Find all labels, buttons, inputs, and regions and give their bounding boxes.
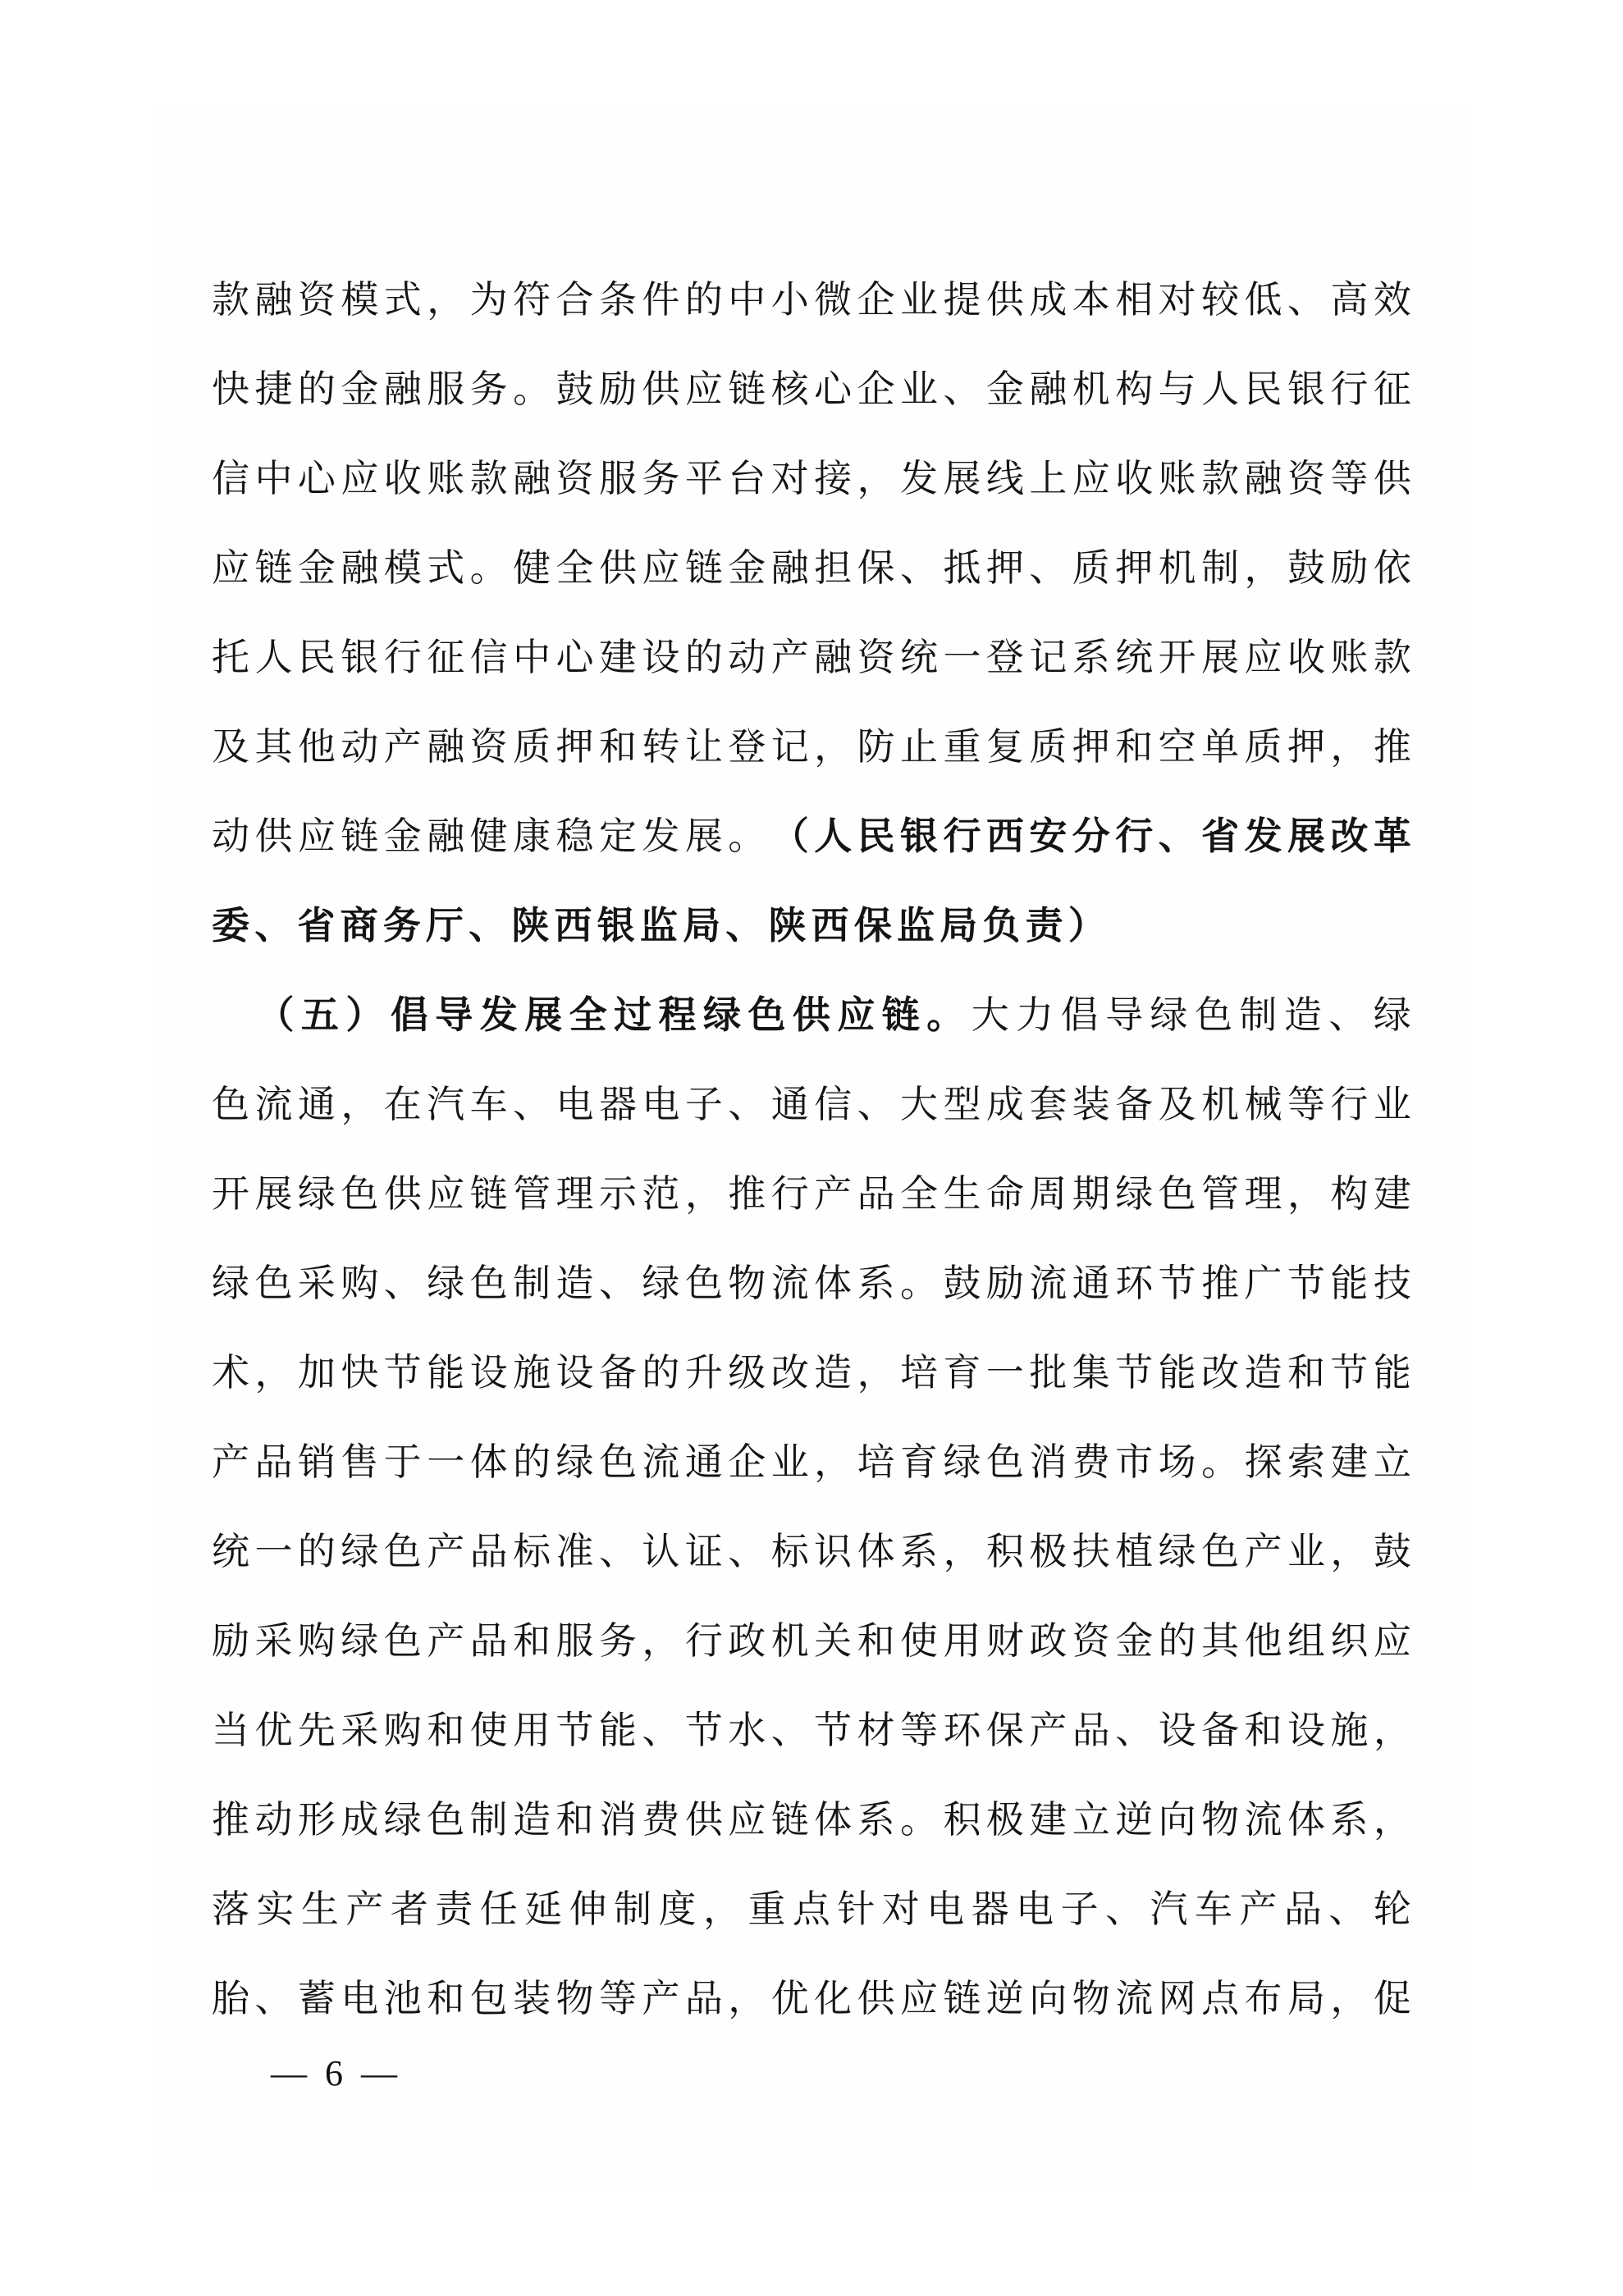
text-line: 款融资模式，为符合条件的中小微企业提供成本相对较低、高效 bbox=[212, 255, 1411, 345]
text-line: 绿色采购、绿色制造、绿色物流体系。鼓励流通环节推广节能技 bbox=[212, 1239, 1411, 1328]
text-line: 应链金融模式。健全供应链金融担保、抵押、质押机制，鼓励依 bbox=[212, 523, 1411, 613]
text-line: （五）倡导发展全过程绿色供应链。大力倡导绿色制造、绿 bbox=[212, 970, 1411, 1060]
text-line: 快捷的金融服务。鼓励供应链核心企业、金融机构与人民银行征 bbox=[212, 345, 1411, 434]
text-line: 动供应链金融健康稳定发展。（人民银行西安分行、省发展改革 bbox=[212, 792, 1411, 881]
text-line: 落实生产者责任延伸制度，重点针对电器电子、汽车产品、轮 bbox=[212, 1865, 1411, 1954]
text-line: 励采购绿色产品和服务，行政机关和使用财政资金的其他组织应 bbox=[212, 1596, 1411, 1686]
page-number: — 6 — bbox=[271, 2053, 397, 2094]
text-line: 色流通，在汽车、电器电子、通信、大型成套装备及机械等行业 bbox=[212, 1060, 1411, 1149]
text-line: 统一的绿色产品标准、认证、标识体系，积极扶植绿色产业，鼓 bbox=[212, 1507, 1411, 1596]
text-line: 托人民银行征信中心建设的动产融资统一登记系统开展应收账款 bbox=[212, 613, 1411, 702]
text-line: 当优先采购和使用节能、节水、节材等环保产品、设备和设施， bbox=[212, 1686, 1411, 1775]
text-line: 产品销售于一体的绿色流通企业，培育绿色消费市场。探索建立 bbox=[212, 1417, 1411, 1507]
text-line: 信中心应收账款融资服务平台对接，发展线上应收账款融资等供 bbox=[212, 434, 1411, 523]
text-line: 胎、蓄电池和包装物等产品，优化供应链逆向物流网点布局，促 bbox=[212, 1954, 1411, 2043]
text-line: 开展绿色供应链管理示范，推行产品全生命周期绿色管理，构建 bbox=[212, 1149, 1411, 1239]
text-line: 推动形成绿色制造和消费供应链体系。积极建立逆向物流体系， bbox=[212, 1775, 1411, 1865]
text-line: 术，加快节能设施设备的升级改造，培育一批集节能改造和节能 bbox=[212, 1328, 1411, 1417]
text-line: 委、省商务厅、陕西银监局、陕西保监局负责） bbox=[212, 881, 1411, 970]
text-line: 及其他动产融资质押和转让登记，防止重复质押和空单质押，推 bbox=[212, 702, 1411, 792]
